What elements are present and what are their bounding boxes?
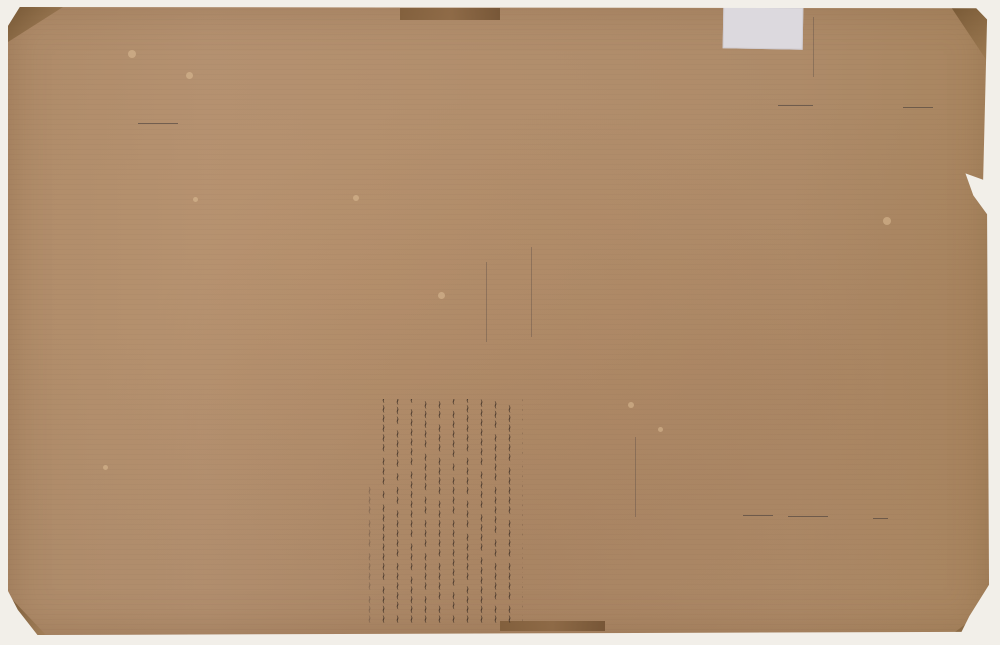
script-line: ~~~~~~~ ~~~~ ~~~~ ~~~~~~~~ [475,399,489,624]
photo-scene: ~~~ ~~~~ ~~~ ~~~ ~~~~ ~~~~~~~~ ~ ~~~ ~~~… [0,0,1000,645]
script-line: ~~ ~~~~ ~~ ~~~~~ ~~~~~ ~~~ [489,399,503,624]
foxing-spot [883,217,891,225]
script-line: ~~~ ~~~~ ~~~ ~~~ [363,399,377,624]
script-line: ~~ ~~~~ ~~~~~~ ~~~~ ~~~ ~~~~ [433,399,447,624]
pencil-guide [813,17,814,77]
foxing-spot [186,72,193,79]
pencil-guide [873,518,888,519]
foxing-spot [103,465,108,470]
handwritten-script: ~~~ ~~~~ ~~~ ~~~ ~~~~ ~~~~~~~~ ~ ~~~ ~~~… [363,399,523,624]
script-line: ~~~~ ~~~~~ ~~~ ~~~~ ~~~~~~ [461,399,475,624]
script-line: ~~~~ ~~~~~~~~ ~ ~~~ ~~~~~~ [377,399,391,624]
pencil-guide [486,262,487,342]
white-tape [723,6,804,49]
foxing-spot [193,197,198,202]
brown-tape-top [400,8,500,20]
foxing-spot [658,427,663,432]
pencil-guide [788,516,828,517]
foxing-spot [353,195,359,201]
pencil-guide [778,105,813,106]
pencil-guide [531,247,532,337]
script-line: ~ ~~ ~~~~~~~ ~~~~ ~ ~~~~~ ~~ [447,399,461,624]
foxing-spot [438,292,445,299]
pencil-guide [903,107,933,108]
foxing-spot [128,50,136,58]
script-line: ~ ~~~~~~~ ~~~~~~~~ ~~~ ~~~ [517,399,523,624]
pencil-guide [635,437,636,517]
script-line: ~ ~~~~~ ~~~~~ ~~ ~ ~~~~ ~~~~~ [391,399,405,624]
script-line: ~~~ ~~~~ ~~~ ~~ ~~~~ ~~~~~ [419,399,433,624]
pencil-guide [743,515,773,516]
script-line: ~~~~~ ~~~ ~~~~~~~ ~~~~~~ ~~~ [405,399,419,624]
paper-sheet: ~~~ ~~~~ ~~~ ~~~ ~~~~ ~~~~~~~~ ~ ~~~ ~~~… [8,7,991,635]
script-line: ~~ ~~~~ ~~~~ ~~~~~ ~~~~~~ [503,399,517,624]
pencil-guide [138,123,178,124]
foxing-spot [628,402,634,408]
